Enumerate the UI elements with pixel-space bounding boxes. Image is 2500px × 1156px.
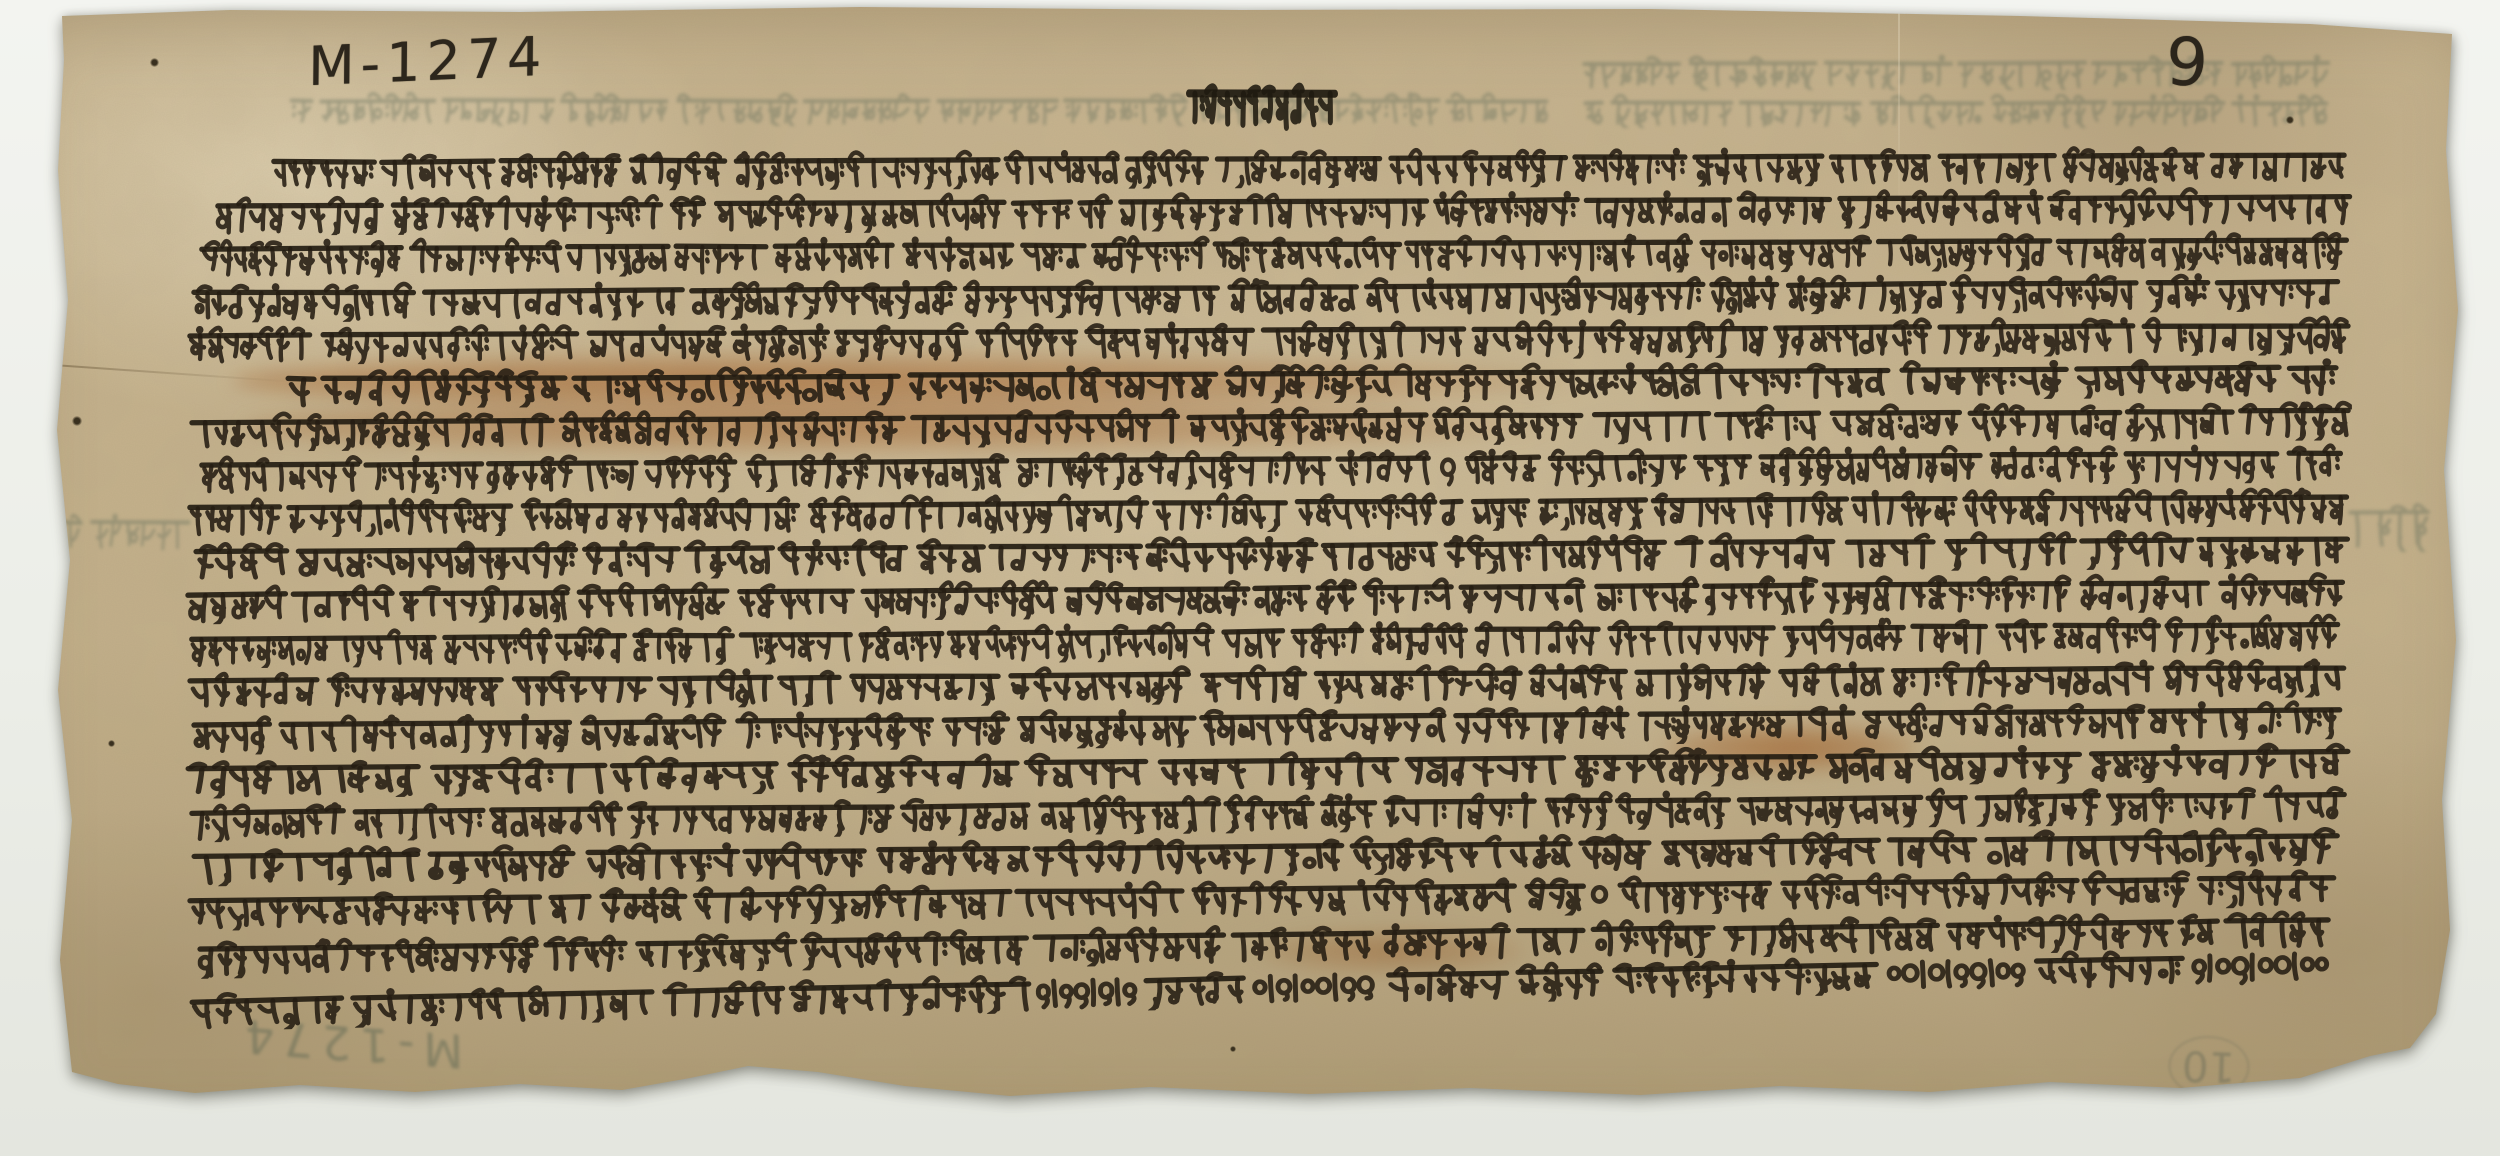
manuscript-line-text: उभयोराशाः दशांशतुल्यत्वं हि ज्ञानिनिकेवल… (214, 186, 2354, 235)
ink-speck (72, 416, 82, 426)
manuscript-line-text: चवांशाभिन्नं ग्राह्यं ऋतवान् इहापि तद्दृ… (198, 230, 2350, 278)
manuscript-line-text: वेदांशे भिन्नग्राह्यं कृतवान् इहापि तद्द… (186, 315, 2352, 365)
heading-text: ग्रंथेभ्यः (1186, 80, 1338, 132)
paper-shadow: M-1274 10 M-1274 9 ग्रंथेभ्यः गृहीतः शौक… (0, 0, 2500, 1156)
catalog-number: M-1274 (308, 25, 548, 99)
manuscript-text-line: वेदांशे भिन्नग्राह्यं कृतवान् इहापि तद्द… (186, 315, 2352, 365)
bleedthrough-band (1582, 94, 2330, 128)
folio-number: 9 (2165, 23, 2210, 101)
bleedthrough-folio-mark: 10 (2167, 1035, 2251, 1099)
manuscript-text-line: उभयोराशाः दशांशतुल्यत्वं हि ज्ञानिनिकेवल… (214, 186, 2354, 235)
manuscript-text-line: नुक्षयोनीतिः सत्कार्याधिकं भिन्नाभ्रादिक… (190, 271, 2342, 322)
manuscript-text-line: चवांशाभिन्नं ग्राह्यं ऋतवान् इहापि तद्दृ… (198, 230, 2350, 278)
bleedthrough-band (60, 512, 192, 552)
manuscript-page: M-1274 10 M-1274 9 ग्रंथेभ्यः गृहीतः शौक… (0, 0, 2500, 1156)
ink-speck (1230, 1046, 1236, 1052)
ink-speck (150, 58, 159, 67)
bleedthrough-band (288, 92, 1550, 126)
ink-speck (2286, 116, 2294, 124)
manuscript-line-text: गृहीतः शौक्लं केंद्रं भ्रजः प्राङ्मध्याह… (270, 144, 2348, 191)
manuscript-text-line: गृहीतः शौक्लं केंद्रं भ्रजः प्राङ्मध्याह… (270, 144, 2348, 191)
scanner-bed: M-1274 10 M-1274 9 ग्रंथेभ्यः गृहीतः शौक… (0, 0, 2500, 1156)
bleedthrough-band (1580, 54, 2332, 90)
bleedthrough-band (2346, 498, 2432, 552)
ink-speck (108, 740, 115, 747)
manuscript-line-text: नुक्षयोनीतिः सत्कार्याधिकं भिन्नाभ्रादिक… (190, 271, 2342, 322)
heading-granthebhyah: ग्रंथेभ्यः (1186, 80, 1338, 132)
